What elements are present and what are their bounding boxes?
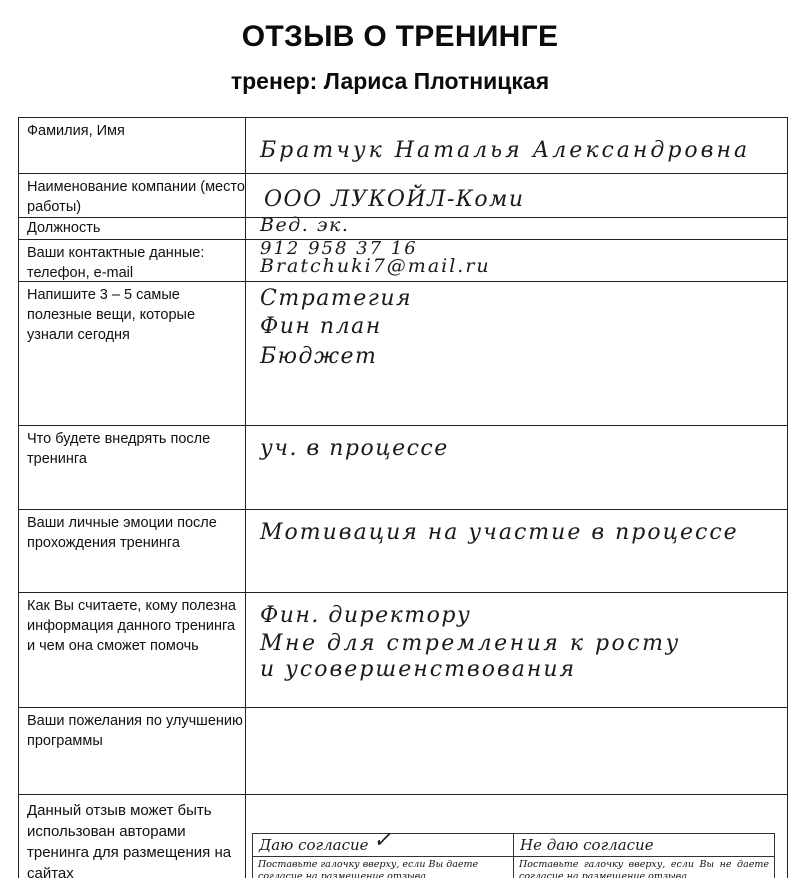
answer-line: и усовершенствования bbox=[260, 657, 576, 682]
answer-line: Мотивация на участие в процессе bbox=[260, 520, 739, 545]
answer-emotions[interactable]: Мотивация на участие в процессе bbox=[246, 510, 787, 592]
answer-email: Bratchuki7@mail.ru bbox=[260, 255, 491, 277]
label-consent: Данный отзыв может быть использован авто… bbox=[19, 795, 246, 878]
answer-position[interactable]: Вед. эк. bbox=[246, 218, 787, 239]
label-who-benefits: Как Вы считаете, кому полезна информация… bbox=[19, 593, 246, 707]
feedback-form: Фамилия, Имя Братчук Наталья Александров… bbox=[18, 117, 788, 878]
answer-line: Братчук Наталья Александровна bbox=[260, 138, 750, 163]
row-emotions: Ваши личные эмоции после прохождения тре… bbox=[19, 510, 787, 593]
answer-who-benefits[interactable]: Фин. директору Мне для стремления к рост… bbox=[246, 593, 787, 707]
label-suggestions: Ваши пожелания по улучшению программы bbox=[19, 708, 246, 794]
consent-disagree-hint: Поставьте галочку вверху, если Вы не дае… bbox=[514, 857, 774, 878]
row-suggestions: Ваши пожелания по улучшению программы bbox=[19, 708, 787, 795]
label-position: Должность bbox=[19, 218, 246, 239]
label-full-name: Фамилия, Имя bbox=[19, 118, 246, 173]
label-useful-things: Напишите 3 – 5 самые полезные вещи, кото… bbox=[19, 282, 246, 425]
trainer-subtitle: тренер: Лариса Плотницкая bbox=[0, 68, 780, 95]
page-title: ОТЗЫВ О ТРЕНИНГЕ bbox=[0, 20, 800, 54]
answer-line: ООО ЛУКОЙЛ-Коми bbox=[264, 187, 525, 212]
row-full-name: Фамилия, Имя Братчук Наталья Александров… bbox=[19, 118, 787, 174]
label-implement: Что будете внедрять после тренинга bbox=[19, 426, 246, 509]
answer-line: уч. в процессе bbox=[260, 436, 449, 461]
row-implement: Что будете внедрять после тренинга уч. в… bbox=[19, 426, 787, 510]
answer-full-name[interactable]: Братчук Наталья Александровна bbox=[246, 118, 787, 173]
consent-disagree-title: Не даю согласие bbox=[514, 834, 774, 857]
answer-useful-things[interactable]: Стратегия Фин план Бюджет bbox=[246, 282, 787, 425]
consent-disagree-option[interactable]: Не даю согласие Поставьте галочку вверху… bbox=[513, 834, 774, 878]
row-who-benefits: Как Вы считаете, кому полезна информация… bbox=[19, 593, 787, 708]
row-contacts: Ваши контактные данные: телефон, e-mail … bbox=[19, 240, 787, 282]
answer-contacts[interactable]: 912 958 37 16 Bratchuki7@mail.ru bbox=[246, 240, 787, 281]
consent-agree-hint: Поставьте галочку вверху, если Вы даете … bbox=[253, 857, 513, 878]
answer-consent: Даю согласие ✓ Поставьте галочку вверху,… bbox=[246, 795, 787, 878]
answer-implement[interactable]: уч. в процессе bbox=[246, 426, 787, 509]
row-company: Наименование компании (место работы) ООО… bbox=[19, 174, 787, 218]
answer-line: Вед. эк. bbox=[260, 214, 349, 236]
answer-line: Фин. директору bbox=[260, 603, 471, 628]
answer-line: Фин план bbox=[260, 314, 382, 339]
answer-line: Мне для стремления к росту bbox=[260, 631, 681, 656]
label-emotions: Ваши личные эмоции после прохождения тре… bbox=[19, 510, 246, 592]
consent-table: Даю согласие ✓ Поставьте галочку вверху,… bbox=[252, 833, 775, 878]
label-company: Наименование компании (место работы) bbox=[19, 174, 246, 217]
answer-suggestions[interactable] bbox=[246, 708, 787, 794]
answer-company[interactable]: ООО ЛУКОЙЛ-Коми bbox=[246, 174, 787, 217]
consent-agree-title: Даю согласие bbox=[259, 836, 369, 854]
answer-line: Стратегия bbox=[260, 286, 412, 311]
row-consent: Данный отзыв может быть использован авто… bbox=[19, 795, 787, 878]
row-useful-things: Напишите 3 – 5 самые полезные вещи, кото… bbox=[19, 282, 787, 426]
label-contacts: Ваши контактные данные: телефон, e-mail bbox=[19, 240, 246, 281]
checkmark-icon[interactable]: ✓ bbox=[373, 831, 391, 851]
answer-line: Бюджет bbox=[260, 344, 377, 369]
consent-agree-option[interactable]: Даю согласие ✓ Поставьте галочку вверху,… bbox=[253, 834, 513, 878]
row-position: Должность Вед. эк. bbox=[19, 218, 787, 240]
